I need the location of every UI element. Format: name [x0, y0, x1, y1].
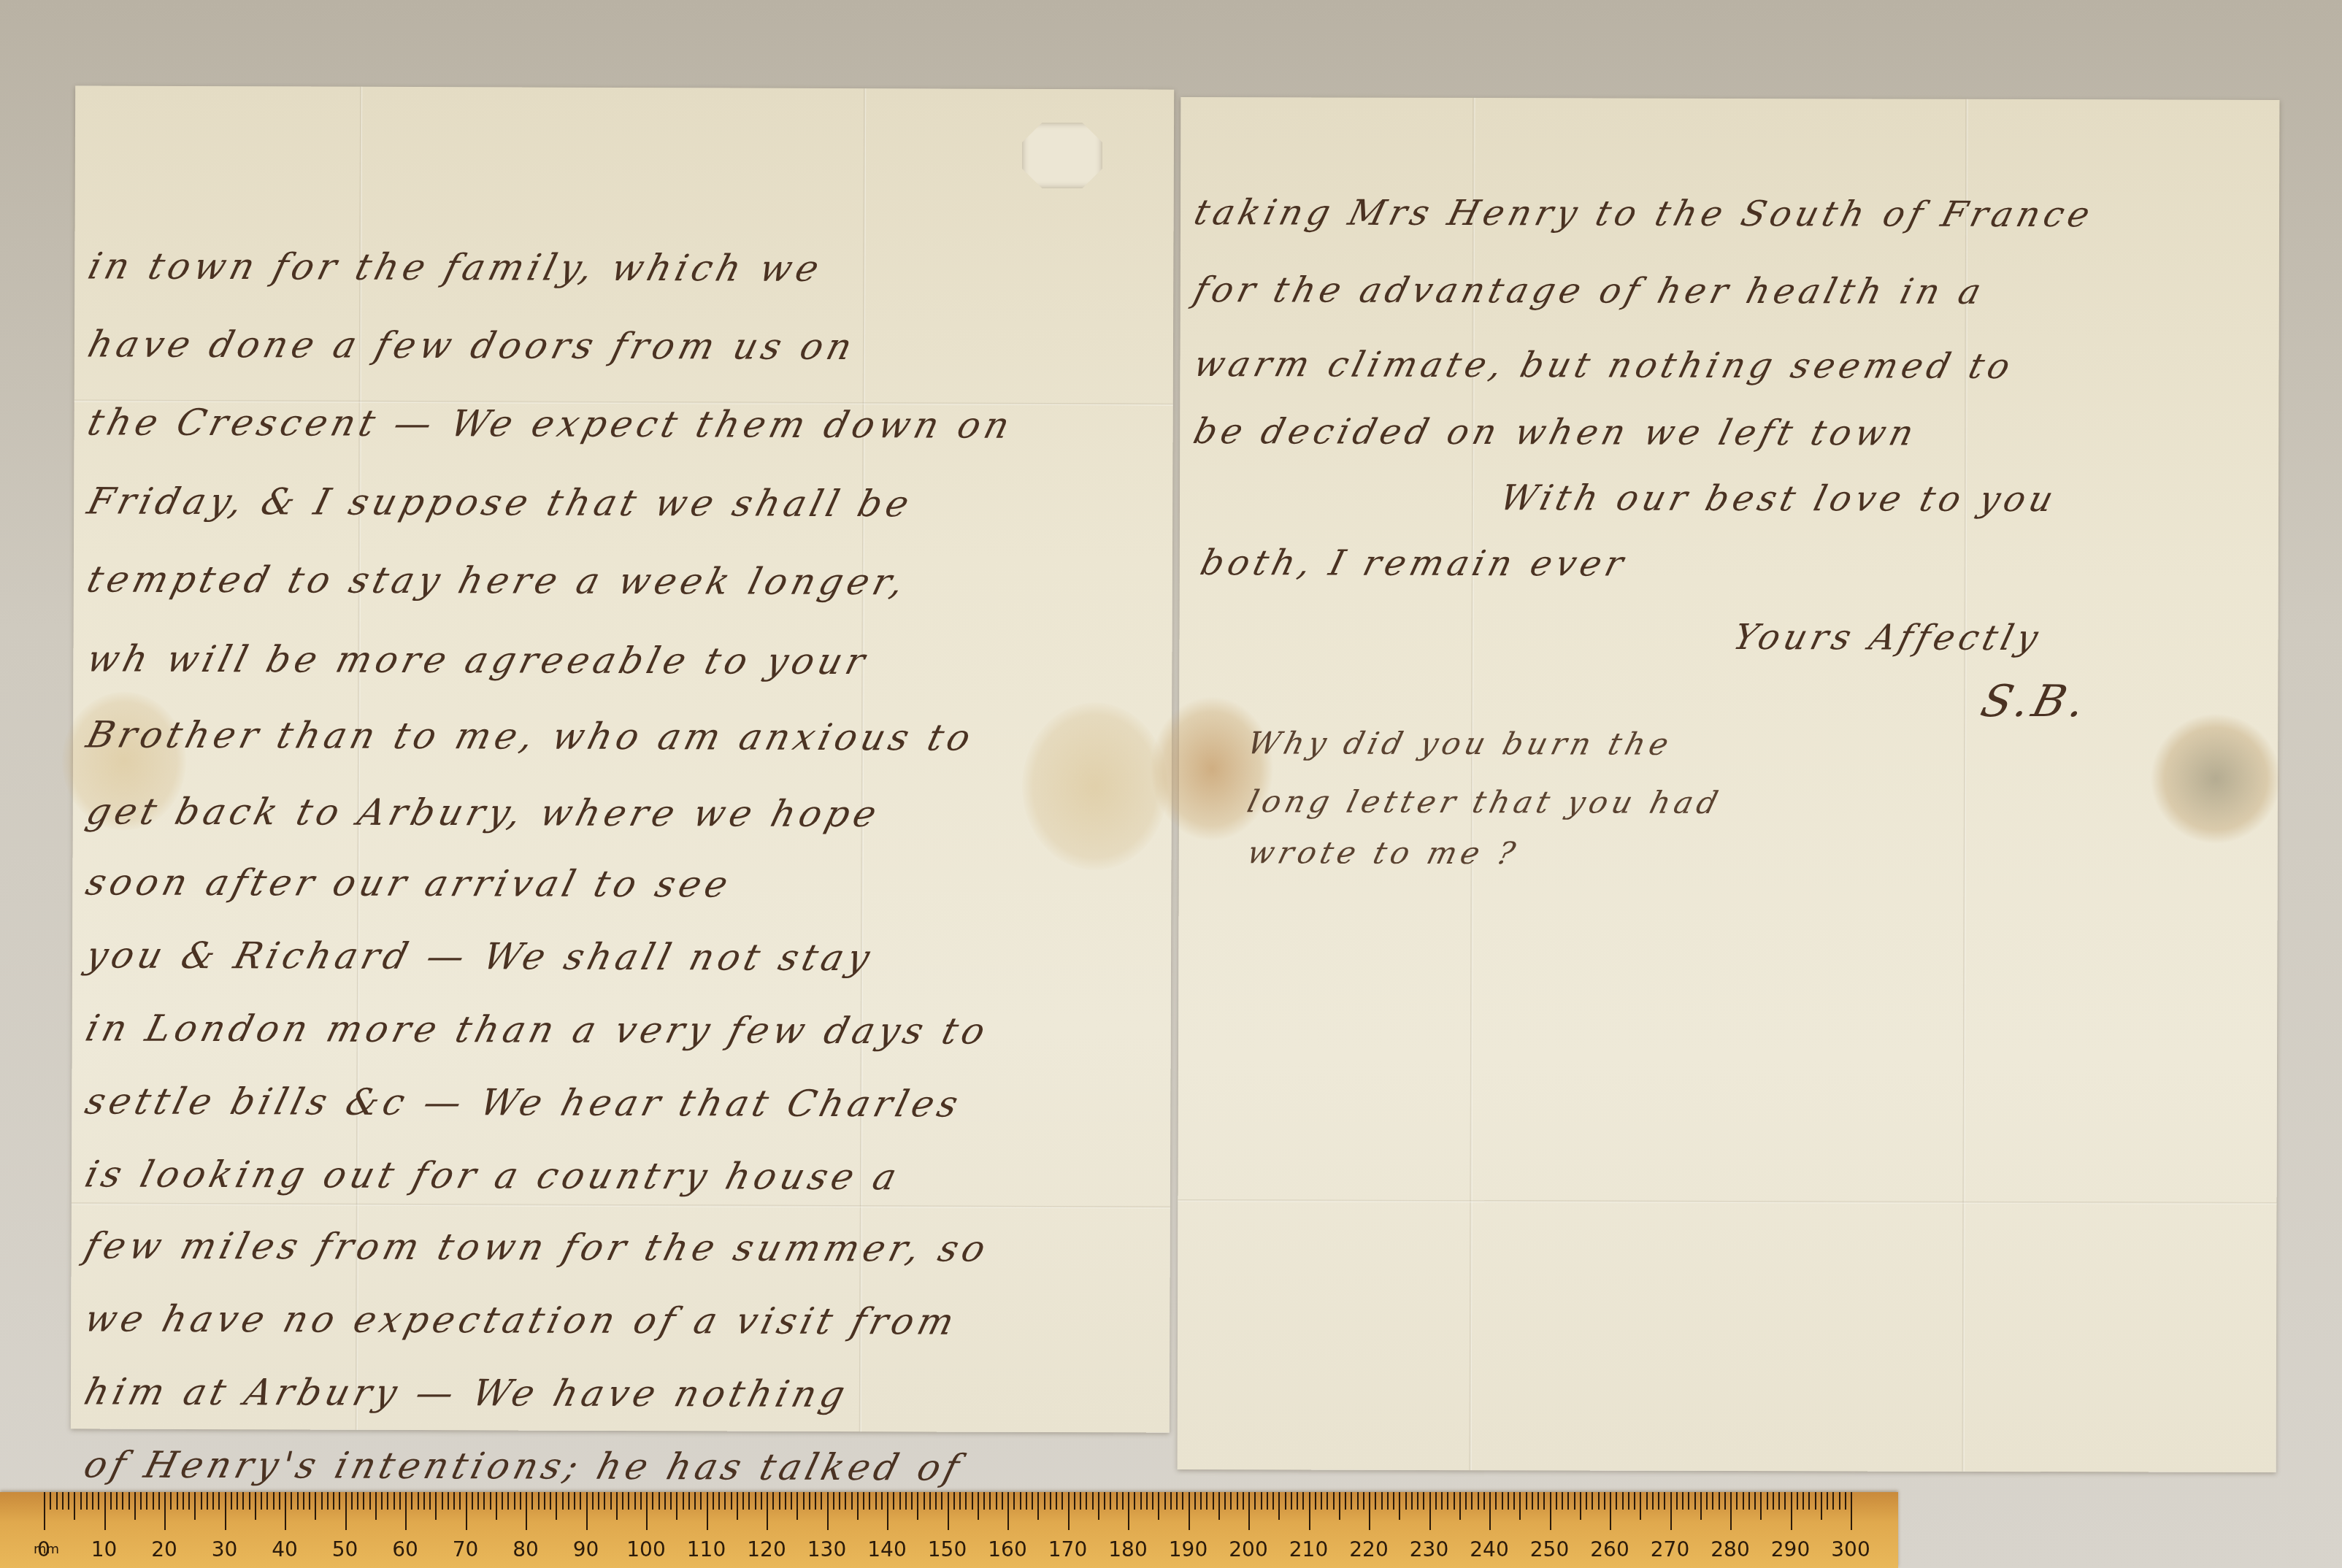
ruler-tick	[713, 1492, 714, 1510]
fold-line	[1178, 1199, 2277, 1204]
ruler-tick	[315, 1492, 316, 1520]
ruler-label: 200	[1229, 1537, 1267, 1561]
handwritten-line: Brother than to me, who am anxious to	[82, 713, 980, 758]
ruler-tick	[104, 1492, 106, 1530]
ruler-tick	[1104, 1492, 1105, 1510]
ruler-tick	[1628, 1492, 1629, 1510]
ruler-tick	[893, 1492, 894, 1510]
ruler-tick	[466, 1492, 467, 1530]
ruler-tick	[399, 1492, 401, 1510]
ruler-tick	[659, 1492, 660, 1510]
ruler-tick	[1562, 1492, 1563, 1510]
ruler-tick	[369, 1492, 371, 1510]
ruler-label: 280	[1711, 1537, 1749, 1561]
ruler-tick	[98, 1492, 99, 1510]
ruler-tick	[1550, 1492, 1551, 1530]
ruler-tick	[1176, 1492, 1178, 1510]
ruler-tick	[965, 1492, 967, 1510]
ruler-tick	[411, 1492, 412, 1510]
ruler-tick	[1543, 1492, 1545, 1510]
ruler-tick	[1164, 1492, 1166, 1510]
ruler-tick	[1315, 1492, 1316, 1510]
ruler-tick	[1411, 1492, 1413, 1510]
ruler-tick	[1730, 1492, 1732, 1530]
ruler-tick	[839, 1492, 840, 1510]
ruler-tick	[321, 1492, 323, 1510]
ruler-tick	[821, 1492, 822, 1510]
ruler-tick	[1248, 1492, 1250, 1530]
ruler-tick	[1351, 1492, 1352, 1510]
handwritten-line: the Crescent — We expect them down on	[83, 401, 1018, 446]
ruler-label: 220	[1349, 1537, 1388, 1561]
ruler-tick	[207, 1492, 208, 1510]
ruler-tick	[1658, 1492, 1659, 1510]
ruler-tick	[845, 1492, 846, 1510]
ruler-tick	[1309, 1492, 1310, 1530]
ruler-tick	[1797, 1492, 1798, 1510]
closing-line: With our best love to you	[1496, 477, 2062, 520]
ruler-tick	[1513, 1492, 1515, 1510]
ruler-tick	[1098, 1492, 1099, 1520]
ruler-tick	[875, 1492, 877, 1510]
ruler-tick	[1610, 1492, 1611, 1530]
ruler-tick	[917, 1492, 918, 1520]
ruler-tick	[1832, 1492, 1834, 1510]
valediction: Yours Affectly	[1729, 617, 2046, 658]
ruler-tick	[791, 1492, 792, 1510]
ruler-tick	[905, 1492, 907, 1510]
ruler-tick	[62, 1492, 64, 1510]
ruler-tick	[423, 1492, 425, 1510]
ruler-tick	[556, 1492, 557, 1520]
ruler-tick	[1574, 1492, 1575, 1510]
ruler-tick	[1736, 1492, 1738, 1510]
ruler-tick	[86, 1492, 88, 1510]
ruler-tick	[242, 1492, 244, 1510]
ruler-tick	[941, 1492, 942, 1510]
ruler-tick	[827, 1492, 829, 1530]
ruler-tick	[948, 1492, 949, 1530]
measuring-ruler: mm 0102030405060708090100110120130140150…	[0, 1492, 1898, 1568]
ruler-tick	[92, 1492, 93, 1510]
ruler-tick	[1604, 1492, 1605, 1510]
ruler-tick	[1291, 1492, 1292, 1510]
ruler-label: 120	[747, 1537, 786, 1561]
ruler-label: 130	[807, 1537, 846, 1561]
ruler-tick	[1170, 1492, 1172, 1510]
ruler-tick	[851, 1492, 853, 1510]
ruler-tick	[989, 1492, 991, 1510]
ruler-tick	[1200, 1492, 1202, 1510]
ruler-tick	[1778, 1492, 1780, 1510]
ruler-label: 270	[1651, 1537, 1689, 1561]
ruler-tick	[255, 1492, 256, 1520]
ruler-tick	[1821, 1492, 1822, 1520]
ruler-tick	[1845, 1492, 1846, 1510]
wax-seal-residue	[1150, 696, 1275, 842]
ruler-tick	[1002, 1492, 1003, 1510]
ruler-tick	[110, 1492, 112, 1510]
ruler-tick	[1037, 1492, 1039, 1520]
postscript-line: long letter that you had	[1244, 783, 1726, 820]
ruler-tick	[1110, 1492, 1111, 1510]
ruler-tick	[1116, 1492, 1118, 1510]
ruler-tick	[694, 1492, 696, 1510]
ruler-tick	[249, 1492, 250, 1510]
ruler-tick	[309, 1492, 310, 1510]
ruler-tick	[153, 1492, 154, 1510]
ruler-tick	[1189, 1492, 1190, 1530]
wax-seal-residue	[2150, 713, 2281, 845]
fold-line	[72, 1202, 1170, 1208]
ruler-tick	[1369, 1492, 1370, 1530]
ruler-tick	[953, 1492, 955, 1510]
ruler-tick	[140, 1492, 142, 1510]
ruler-label: 260	[1590, 1537, 1629, 1561]
ruler-tick	[1815, 1492, 1816, 1510]
ruler-tick	[929, 1492, 931, 1510]
ruler-tick	[442, 1492, 443, 1510]
ruler-tick	[1791, 1492, 1792, 1530]
ruler-tick	[68, 1492, 69, 1510]
ruler-tick	[387, 1492, 388, 1510]
ruler-tick	[833, 1492, 834, 1510]
ruler-tick	[1664, 1492, 1665, 1510]
ruler-label: 180	[1108, 1537, 1147, 1561]
closing-line: both, I remain ever	[1197, 542, 1632, 584]
ruler-tick	[815, 1492, 816, 1510]
ruler-tick	[1754, 1492, 1756, 1510]
signature: S.B.	[1976, 676, 2095, 727]
handwritten-line: for the advantage of her health in a	[1190, 269, 1989, 312]
ruler-tick	[218, 1492, 220, 1510]
ruler-tick	[339, 1492, 340, 1510]
ruler-tick	[700, 1492, 702, 1510]
ruler-tick	[188, 1492, 190, 1510]
letter-page-left: in town for the family, which we have do…	[71, 85, 1174, 1432]
ruler-tick	[1537, 1492, 1539, 1510]
ruler-tick	[767, 1492, 768, 1530]
ruler-label: 210	[1289, 1537, 1328, 1561]
ruler-tick	[146, 1492, 147, 1510]
ruler-tick	[1682, 1492, 1683, 1510]
ruler-tick	[1471, 1492, 1473, 1510]
handwritten-line: soon after our arrival to see	[82, 861, 737, 905]
ruler-tick	[707, 1492, 708, 1530]
ruler-tick	[1586, 1492, 1587, 1510]
handwritten-line: few miles from town for the summer, so	[80, 1224, 994, 1269]
ruler-tick	[1827, 1492, 1828, 1510]
ruler-tick	[772, 1492, 774, 1510]
ruler-tick	[1688, 1492, 1689, 1510]
handwritten-line: of Henry's intentions; he has talked of	[80, 1443, 967, 1488]
ruler-tick	[1556, 1492, 1557, 1510]
ruler-tick	[1646, 1492, 1648, 1510]
ruler-tick	[1092, 1492, 1094, 1510]
ruler-tick	[1297, 1492, 1298, 1510]
ruler-tick	[201, 1492, 202, 1510]
ruler-tick	[803, 1492, 805, 1510]
ruler-tick	[279, 1492, 280, 1510]
ruler-tick	[604, 1492, 605, 1510]
ruler-tick	[1128, 1492, 1129, 1530]
ruler-tick	[429, 1492, 431, 1510]
ruler-tick	[1465, 1492, 1467, 1510]
ruler-tick	[1454, 1492, 1455, 1510]
ruler-tick	[1357, 1492, 1359, 1510]
ruler-label: 70	[453, 1537, 479, 1561]
ruler-tick	[1393, 1492, 1394, 1510]
ruler-tick	[959, 1492, 961, 1510]
ruler-tick	[1213, 1492, 1214, 1510]
handwritten-line: wh will be more agreeable to your	[82, 637, 873, 683]
ruler-tick	[1483, 1492, 1485, 1510]
ruler-tick	[796, 1492, 798, 1520]
ruler-tick	[381, 1492, 383, 1510]
ruler-tick	[935, 1492, 937, 1510]
ruler-tick	[273, 1492, 274, 1510]
ruler-tick	[1773, 1492, 1774, 1510]
ruler-label: 250	[1530, 1537, 1569, 1561]
ruler-tick	[1508, 1492, 1509, 1510]
ruler-tick	[983, 1492, 985, 1510]
ruler-tick	[1278, 1492, 1280, 1520]
ruler-tick	[266, 1492, 268, 1510]
ruler-label: 60	[392, 1537, 418, 1561]
ruler-tick	[44, 1492, 45, 1530]
handwritten-line: taking Mrs Henry to the South of France	[1190, 192, 2098, 235]
ruler-tick	[1399, 1492, 1400, 1520]
ruler-tick	[1013, 1492, 1015, 1510]
ruler-tick	[459, 1492, 461, 1510]
ruler-tick	[1061, 1492, 1063, 1510]
ruler-label: 80	[512, 1537, 539, 1561]
ruler-label: 160	[988, 1537, 1026, 1561]
ruler-tick	[1441, 1492, 1443, 1510]
ruler-tick	[225, 1492, 226, 1530]
ruler-tick	[568, 1492, 569, 1510]
ruler-label: 170	[1048, 1537, 1087, 1561]
ruler-tick	[134, 1492, 136, 1520]
ruler-tick	[303, 1492, 304, 1510]
ruler-tick	[1134, 1492, 1135, 1510]
ruler-tick	[1272, 1492, 1274, 1510]
ruler-tick	[1417, 1492, 1418, 1510]
ruler-label: 10	[91, 1537, 118, 1561]
ruler-tick	[514, 1492, 515, 1510]
ruler-tick	[297, 1492, 299, 1510]
ruler-tick	[418, 1492, 419, 1510]
ruler-label: 150	[928, 1537, 967, 1561]
ruler-tick	[1839, 1492, 1840, 1510]
ruler-tick	[688, 1492, 690, 1510]
ruler-tick	[1743, 1492, 1744, 1510]
letter-page-right: taking Mrs Henry to the South of France …	[1178, 97, 2280, 1472]
ruler-tick	[881, 1492, 883, 1510]
ruler-label: 300	[1831, 1537, 1870, 1561]
handwritten-line: him at Arbury — We have nothing	[80, 1370, 853, 1415]
ruler-label: 190	[1169, 1537, 1208, 1561]
ruler-tick	[405, 1492, 407, 1530]
ruler-tick	[375, 1492, 377, 1520]
ruler-tick	[1532, 1492, 1533, 1510]
ruler-tick	[261, 1492, 262, 1510]
ruler-tick	[1429, 1492, 1431, 1530]
ruler-tick	[761, 1492, 762, 1510]
ruler-tick	[1007, 1492, 1009, 1530]
ruler-tick	[586, 1492, 588, 1530]
ruler-tick	[502, 1492, 503, 1510]
ruler-tick	[1032, 1492, 1033, 1510]
ruler-tick	[1622, 1492, 1624, 1510]
ruler-tick	[1224, 1492, 1226, 1510]
ruler-label: 30	[212, 1537, 238, 1561]
ruler-tick	[183, 1492, 184, 1510]
ruler-tick	[194, 1492, 196, 1520]
ruler-tick	[50, 1492, 51, 1510]
ruler-tick	[996, 1492, 997, 1510]
ruler-tick	[164, 1492, 166, 1530]
ruler-tick	[333, 1492, 334, 1510]
ruler-tick	[1724, 1492, 1726, 1510]
ruler-tick	[1321, 1492, 1322, 1510]
handwritten-line: have done a few doors from us on	[84, 323, 861, 368]
ruler-tick	[664, 1492, 666, 1510]
handwritten-line: Friday, & I suppose that we shall be	[83, 480, 918, 525]
ruler-label: 140	[867, 1537, 906, 1561]
ruler-tick	[538, 1492, 540, 1510]
ruler-tick	[562, 1492, 564, 1510]
ruler-tick	[1616, 1492, 1617, 1510]
ruler-tick	[737, 1492, 738, 1520]
ruler-tick	[1851, 1492, 1852, 1530]
ruler-tick	[507, 1492, 509, 1510]
handwritten-line: in London more than a very few days to	[81, 1007, 994, 1052]
ruler-tick	[1652, 1492, 1654, 1510]
ruler-tick	[231, 1492, 232, 1510]
ruler-tick	[1302, 1492, 1304, 1510]
ruler-tick	[574, 1492, 575, 1510]
ruler-tick	[1050, 1492, 1051, 1510]
ruler-tick	[1327, 1492, 1328, 1510]
ruler-tick	[755, 1492, 756, 1510]
ruler-label: 50	[332, 1537, 358, 1561]
ruler-tick	[646, 1492, 648, 1530]
ruler-tick	[1489, 1492, 1491, 1530]
ruler-tick	[1784, 1492, 1786, 1510]
ruler-tick	[634, 1492, 636, 1510]
ruler-tick	[887, 1492, 888, 1530]
ruler-tick	[363, 1492, 364, 1510]
ruler-tick	[1206, 1492, 1208, 1510]
water-stain	[1021, 702, 1168, 871]
ruler-tick	[1375, 1492, 1376, 1510]
ruler-tick	[1261, 1492, 1262, 1510]
ruler-tick	[448, 1492, 449, 1510]
ruler-tick	[351, 1492, 353, 1510]
ruler-tick	[477, 1492, 479, 1510]
ruler-tick	[1237, 1492, 1238, 1510]
ruler-tick	[1086, 1492, 1087, 1510]
ruler-tick	[1640, 1492, 1641, 1520]
ruler-tick	[56, 1492, 58, 1510]
handwritten-line: you & Richard — We shall not stay	[82, 934, 878, 979]
ruler-tick	[1194, 1492, 1196, 1510]
postscript-line: Why did you burn the	[1244, 725, 1677, 761]
ruler-tick	[718, 1492, 720, 1510]
ruler-tick	[1381, 1492, 1383, 1510]
ruler-tick	[1158, 1492, 1159, 1520]
ruler-tick	[899, 1492, 901, 1510]
ruler-tick	[1447, 1492, 1448, 1510]
ruler-tick	[972, 1492, 973, 1510]
ruler-tick	[212, 1492, 214, 1510]
ruler-tick	[1567, 1492, 1569, 1510]
ruler-tick	[158, 1492, 160, 1510]
ruler-tick	[1140, 1492, 1142, 1510]
ruler-tick	[116, 1492, 118, 1510]
ruler-tick	[640, 1492, 642, 1510]
handwritten-line: warm climate, but nothing seemed to	[1189, 344, 2018, 387]
ruler-tick	[1580, 1492, 1581, 1520]
ruler-tick	[1243, 1492, 1244, 1510]
ruler-tick	[1068, 1492, 1070, 1530]
ruler-tick	[1694, 1492, 1696, 1510]
ruler-tick	[291, 1492, 292, 1510]
ruler-tick	[1182, 1492, 1183, 1510]
embossed-stamp: embossed paper mark	[1022, 123, 1102, 188]
ruler-tick	[592, 1492, 594, 1510]
ruler-tick	[683, 1492, 684, 1510]
ruler-tick	[676, 1492, 677, 1520]
ruler-tick	[1254, 1492, 1256, 1510]
ruler-tick	[1592, 1492, 1593, 1510]
ruler-label: 100	[626, 1537, 665, 1561]
ruler-tick	[616, 1492, 618, 1520]
handwritten-line: tempted to stay here a week longer,	[83, 558, 913, 603]
ruler-tick	[345, 1492, 347, 1530]
ruler-tick	[1339, 1492, 1340, 1520]
ruler-tick	[1285, 1492, 1286, 1510]
ruler-tick	[742, 1492, 744, 1510]
ruler-tick	[724, 1492, 726, 1510]
ruler-tick	[1767, 1492, 1768, 1510]
ruler-tick	[393, 1492, 395, 1510]
ruler-label: 290	[1771, 1537, 1810, 1561]
ruler-tick	[1044, 1492, 1045, 1510]
handwritten-line: is looking out for a country house a	[81, 1153, 905, 1198]
ruler-tick	[1676, 1492, 1678, 1510]
ruler-label: 20	[151, 1537, 177, 1561]
ruler-tick	[472, 1492, 473, 1510]
ruler-tick	[435, 1492, 437, 1520]
ruler-tick	[327, 1492, 329, 1510]
handwritten-line: be decided on when we left town	[1189, 411, 1922, 454]
ruler-tick	[80, 1492, 82, 1510]
ruler-tick	[785, 1492, 786, 1510]
ruler-tick	[544, 1492, 545, 1510]
ruler-tick	[1146, 1492, 1148, 1510]
ruler-tick	[1345, 1492, 1346, 1510]
ruler-tick	[357, 1492, 358, 1510]
ruler-tick	[622, 1492, 623, 1510]
ruler-tick	[1026, 1492, 1027, 1510]
ruler-tick	[1020, 1492, 1021, 1510]
handwritten-line: get back to Arbury, where we hope	[82, 790, 885, 835]
ruler-tick	[1760, 1492, 1762, 1520]
ruler-tick	[1056, 1492, 1057, 1510]
ruler-tick	[924, 1492, 925, 1510]
